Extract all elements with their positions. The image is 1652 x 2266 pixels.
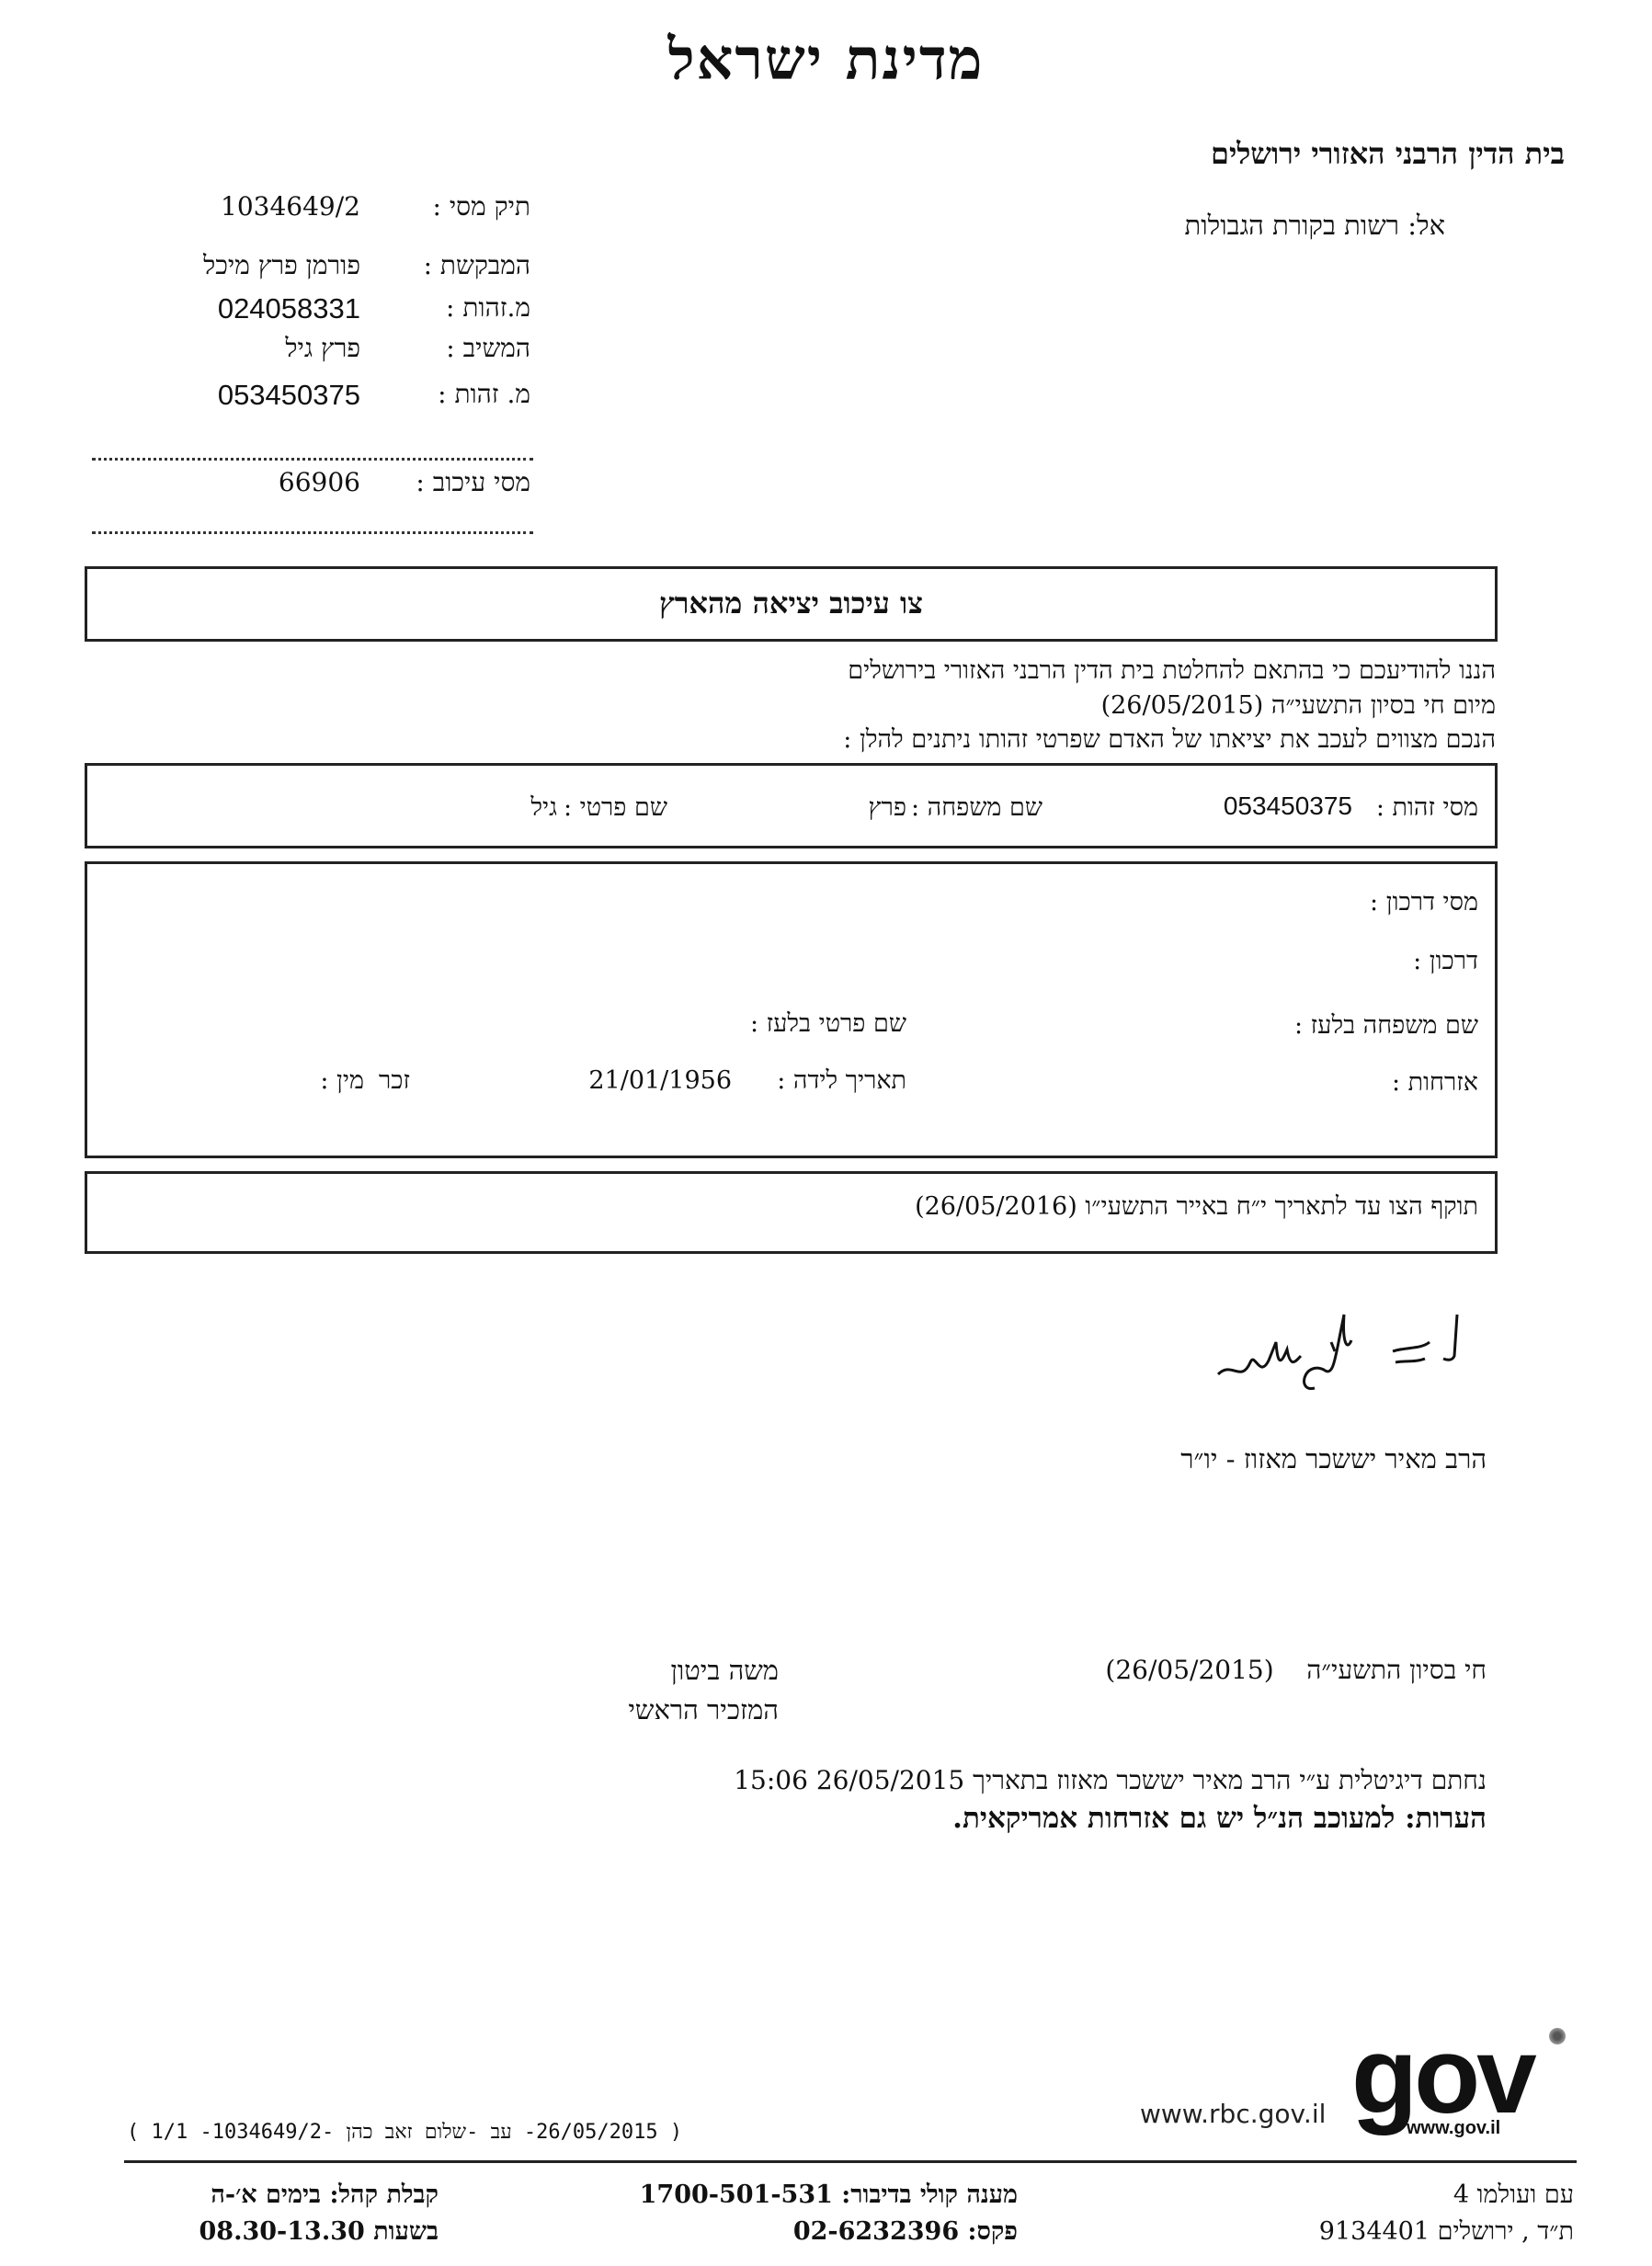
- firstname-label: שם פרטי :: [564, 793, 667, 822]
- validity-box: תוקף הצו עד לתאריך י״ח באייר התשעי״ו (26…: [85, 1171, 1498, 1254]
- divider-dotted: [92, 458, 533, 461]
- surname-label: שם משפחה :: [911, 793, 1042, 822]
- respondent-label: המשיב :: [446, 333, 530, 364]
- respondent-id-value: 053450375: [218, 379, 360, 412]
- footer-voice-line: מענה קולי בדיבור: 1700-501-531: [640, 2181, 1018, 2209]
- id-value: 053450375: [1224, 791, 1352, 821]
- secretary-name: משה ביטון: [670, 1655, 779, 1687]
- passport-no-label: מסי דרכון :: [1370, 888, 1478, 917]
- petitioner-id-label: מ.זהות :: [446, 292, 530, 324]
- state-title: מדינת ישראל: [0, 26, 1652, 94]
- issue-hebrew-date: חי בסיון התשעי״ה: [1306, 1655, 1487, 1685]
- meta-petitioner: המבקשת : פורמן פרץ מיכל: [89, 250, 530, 287]
- footer-address-1: עם ועולמו 4: [1453, 2181, 1574, 2209]
- footer-public-hours-2: בשעות 08.30-13.30: [199, 2217, 439, 2246]
- secretary-title: המזכיר הראשי: [628, 1694, 779, 1726]
- petitioner-label: המבקשת :: [424, 250, 530, 281]
- digital-signature-note: נחתם דיגיטלית ע״י הרב מאיר יששכר מאזוז ב…: [734, 1765, 1487, 1796]
- foreign-firstname-label: שם פרטי בלעז :: [750, 1009, 906, 1038]
- delay-no-label: מסי עיכוב :: [416, 467, 530, 498]
- meta-petitioner-id: מ.זהות : 024058331: [89, 292, 530, 329]
- delay-no-value: 66906: [279, 467, 360, 497]
- gender-label: מין :: [320, 1066, 364, 1095]
- handwritten-signature: [1195, 1305, 1508, 1406]
- birthdate-value: 21/01/1956: [588, 1066, 732, 1095]
- issue-gregorian-date: (26/05/2015): [1105, 1655, 1273, 1685]
- remarks: הערות: למעוכב הנ״ל יש גם אזרחות אמריקאית…: [952, 1802, 1487, 1835]
- foreign-surname-label: שם משפחה בלעז :: [1294, 1011, 1478, 1040]
- firstname-value: גיל: [530, 793, 557, 822]
- petitioner-value: פורמן פרץ מיכל: [203, 250, 360, 281]
- intro-line-3: הנכם מצווים לעכב את יציאתו של האדם שפרטי…: [843, 725, 1496, 754]
- divider-dotted: [92, 531, 533, 534]
- meta-respondent: המשיב : פרץ גיל: [89, 333, 530, 370]
- passport-details-box: מסי דרכון : דרכון : שם משפחה בלעז : שם פ…: [85, 861, 1498, 1158]
- respondent-id-label: מ. זהות :: [438, 379, 530, 410]
- meta-file-no: תיק מסי : 1034649/2: [89, 191, 530, 228]
- addressee: אל: רשות בקורת הגבולות: [1185, 210, 1445, 242]
- footer-address-2: ת״ד , ירושלים 9134401: [1319, 2217, 1574, 2246]
- court-name: בית הדין הרבני האזורי ירושלים: [1211, 136, 1565, 171]
- citizenship-label: אזרחות :: [1392, 1068, 1478, 1097]
- court-website-link[interactable]: www.rbc.gov.il: [1140, 2099, 1326, 2129]
- respondent-value: פרץ גיל: [285, 333, 360, 364]
- gov-logo-url: www.gov.il: [1407, 2118, 1500, 2139]
- identity-box: מסי זהות : 053450375 שם משפחה : פרץ שם פ…: [85, 763, 1498, 848]
- id-label: מסי זהות :: [1376, 793, 1478, 822]
- petitioner-id-value: 024058331: [218, 292, 360, 325]
- intro-line-1: הננו להודיעכם כי בהתאם להחלטת בית הדין ה…: [848, 656, 1496, 685]
- validity-text: תוקף הצו עד לתאריך י״ח באייר התשעי״ו (26…: [915, 1192, 1478, 1221]
- footer-divider: [124, 2160, 1577, 2163]
- gov-logo-emblem-icon: [1549, 2028, 1566, 2044]
- chairman-name: הרב מאיר יששכר מאזוז - יו״ר: [1180, 1443, 1487, 1475]
- footer-fax: פקס: 02-6232396: [793, 2217, 1018, 2246]
- order-title-box: צו עיכוב יציאה מהארץ: [85, 566, 1498, 642]
- birthdate-label: תאריך לידה :: [777, 1066, 906, 1095]
- gov-logo: gov www.gov.il: [1351, 2022, 1572, 2151]
- intro-line-2: מיום חי בסיון התשעי״ה (26/05/2015): [1101, 691, 1496, 720]
- reference-line: ( 26/05/2015- עב -שלום זאב כהן -1034649/…: [127, 2120, 682, 2144]
- passport-label: דרכון :: [1413, 947, 1478, 975]
- footer-public-hours-1: קבלת קהל: בימים א׳-ה: [211, 2181, 439, 2209]
- order-title: צו עיכוב יציאה מהארץ: [87, 586, 1495, 621]
- issue-date-line: חי בסיון התשעי״ה (26/05/2015): [1105, 1655, 1487, 1686]
- surname-value: פרץ: [869, 793, 906, 822]
- meta-respondent-id: מ. זהות : 053450375: [89, 379, 530, 416]
- file-no-value: 1034649/2: [221, 191, 360, 222]
- file-no-label: תיק מסי :: [432, 191, 530, 222]
- meta-delay-no: מסי עיכוב : 66906: [89, 467, 530, 504]
- gender-value: זכר: [379, 1066, 410, 1095]
